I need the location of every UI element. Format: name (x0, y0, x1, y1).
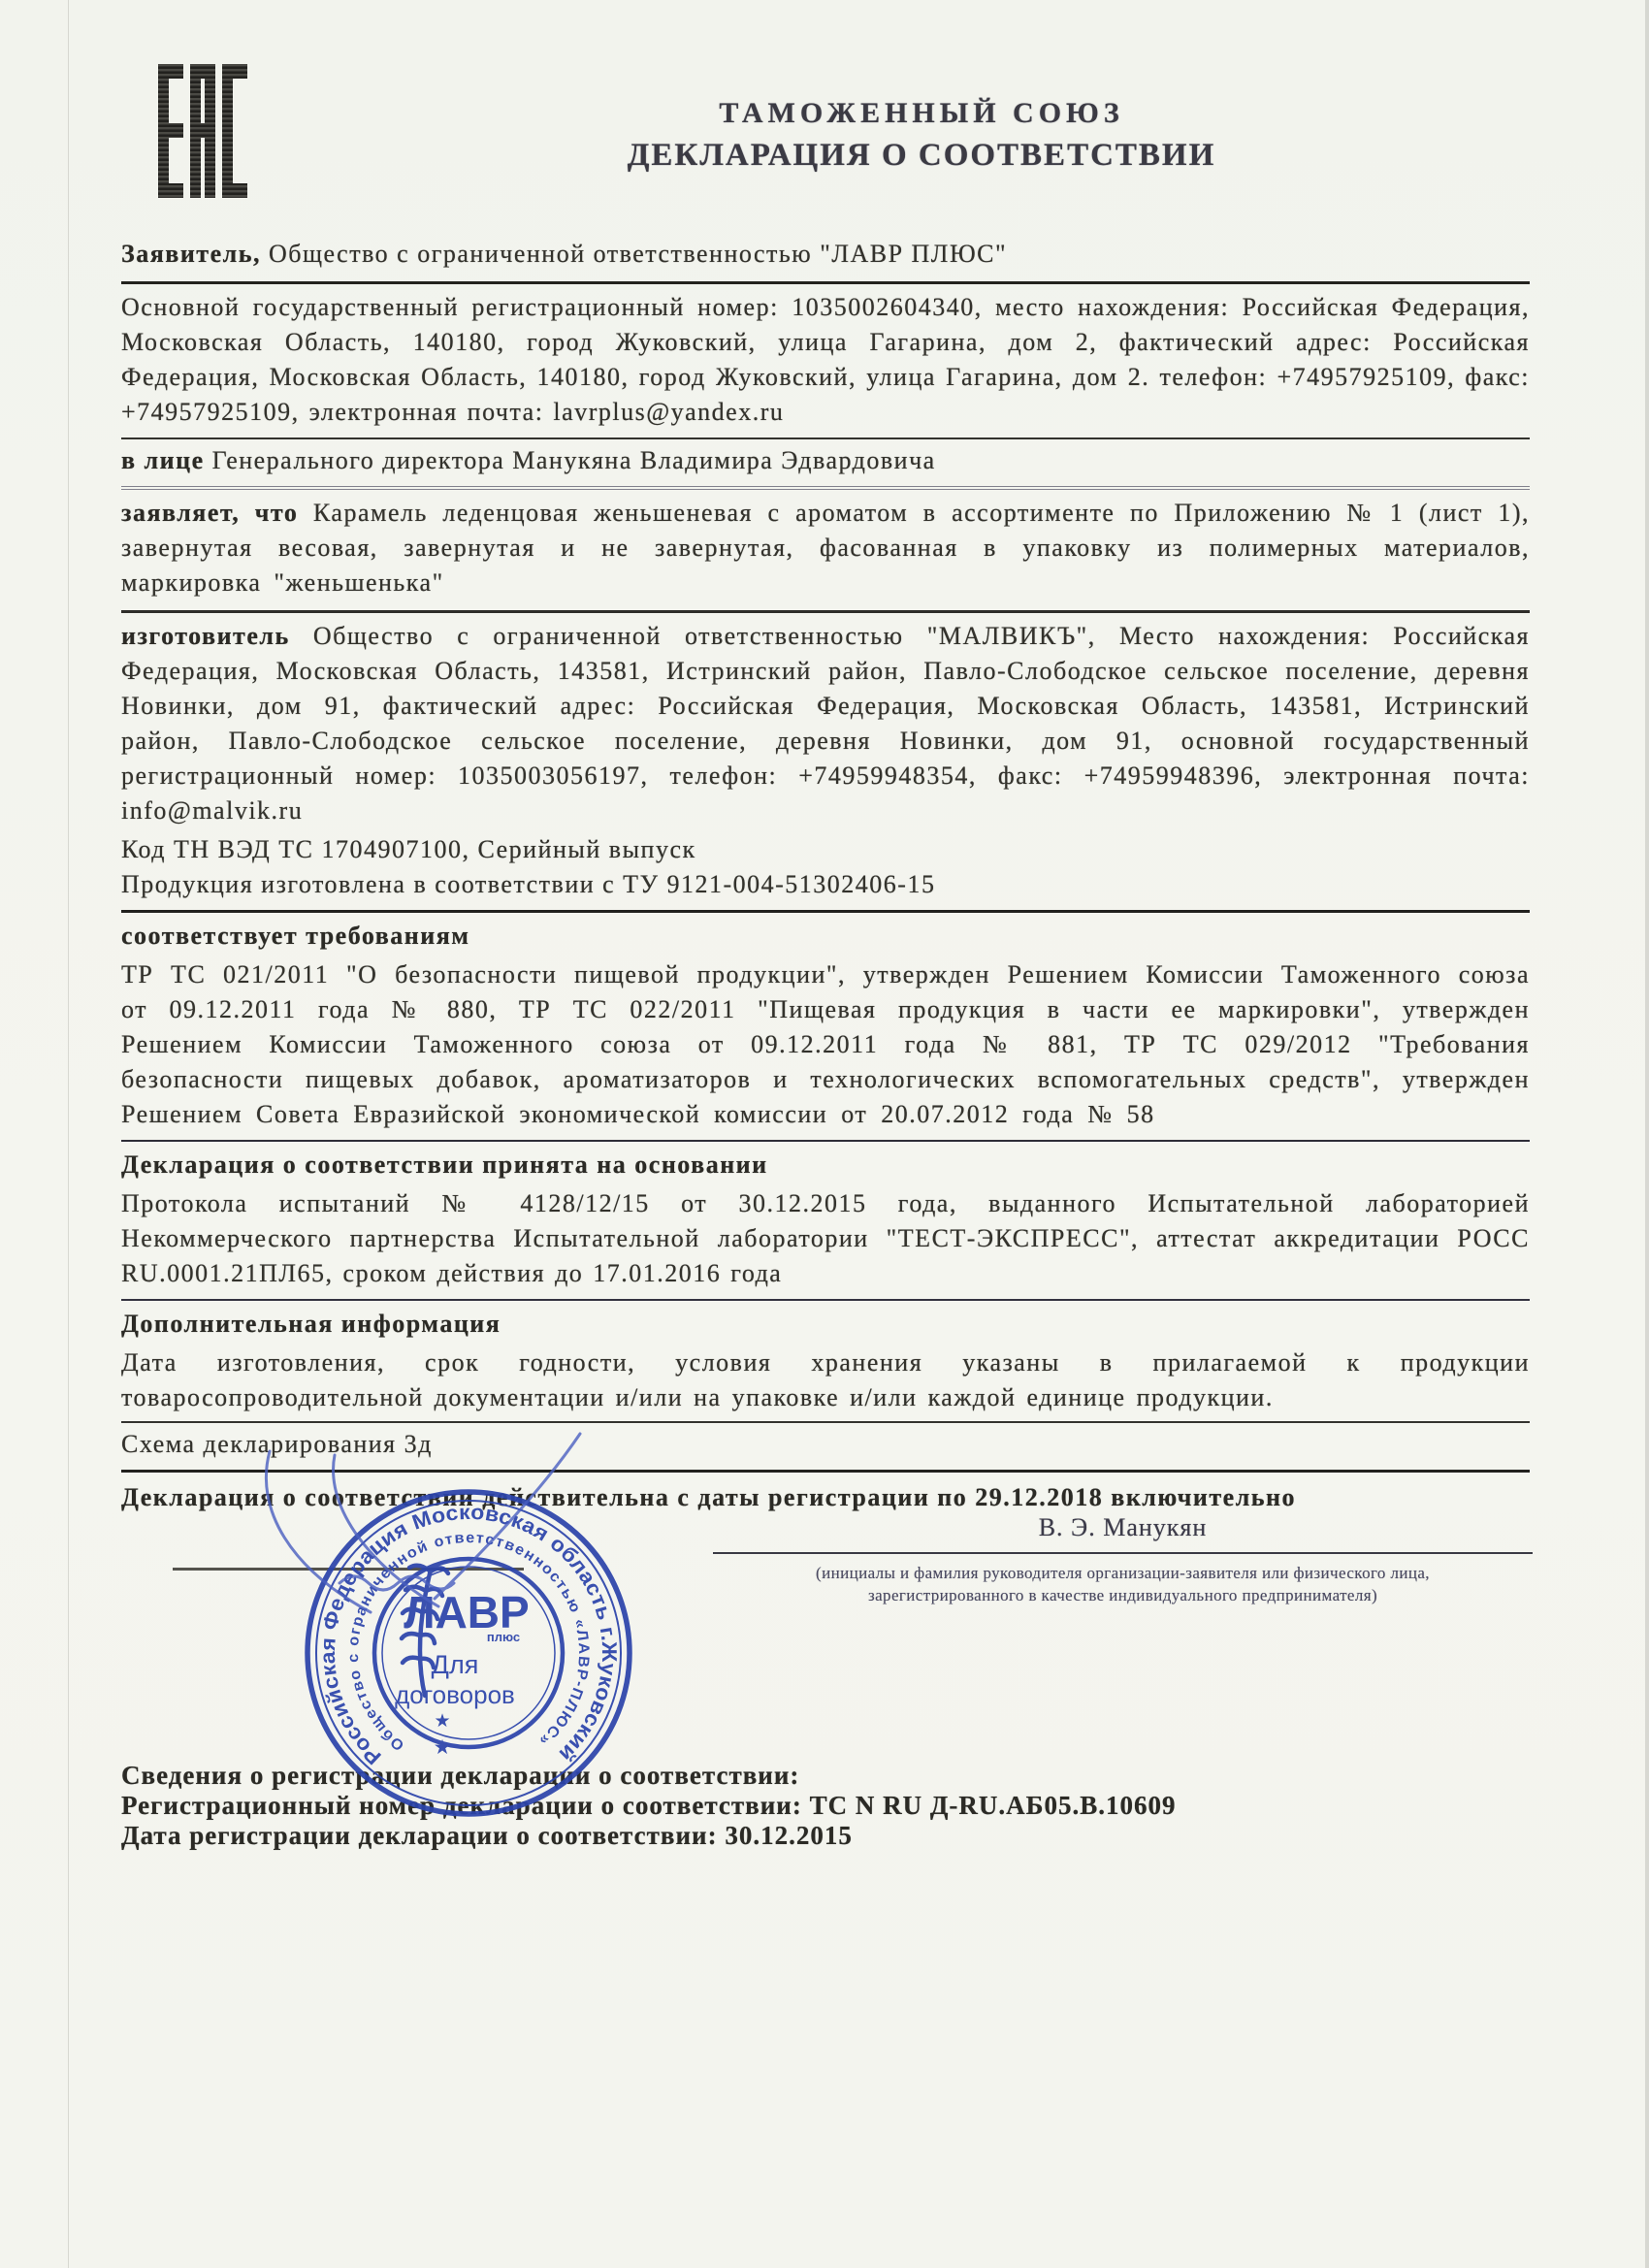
applicant-details: Основной государственный регистрационный… (121, 284, 1530, 439)
product-description: Карамель леденцовая женьшеневая с аромат… (121, 499, 1530, 597)
applicant-name: Общество с ограниченной ответственностью… (269, 240, 1007, 268)
tn-ved-line: Код ТН ВЭД ТС 1704907100, Серийный выпус… (121, 830, 1530, 867)
manufacturer-paragraph: изготовитель Общество с ограниченной отв… (121, 613, 1530, 830)
stamp-purpose-line2: договоров (395, 1680, 515, 1709)
registration-date-line: Дата регистрации декларации о соответств… (121, 1821, 1530, 1851)
applicant-label: Заявитель, (121, 240, 261, 268)
product-declaration: заявляет, что Карамель леденцовая женьше… (121, 490, 1530, 613)
stamp-star-icon: ★ (434, 1736, 452, 1759)
basis-body: Протокола испытаний № 4128/12/15 от 30.1… (121, 1183, 1530, 1301)
applicant-line: Заявитель, Общество с ограниченной ответ… (121, 229, 1530, 284)
representative-line: в лице Генерального директора Манукяна В… (121, 439, 1530, 490)
stamp-purpose-line1: Для (432, 1650, 479, 1679)
declaration-scheme-line: Схема декларирования 3д (121, 1423, 1530, 1473)
document-body: Заявитель, Общество с ограниченной ответ… (121, 229, 1530, 1515)
registration-date-value: 30.12.2015 (725, 1821, 853, 1850)
registration-date-label: Дата регистрации декларации о соответств… (121, 1821, 718, 1850)
scan-artifact-line (68, 0, 69, 2268)
signature-line-right (713, 1552, 1533, 1554)
produced-according-line: Продукция изготовлена в соответствии с Т… (121, 867, 1530, 913)
manufacturer-details: Общество с ограниченной ответственностью… (121, 622, 1530, 825)
additional-info-body: Дата изготовления, срок годности, услови… (121, 1342, 1530, 1423)
in-person-label: в лице (121, 446, 205, 474)
signature-caption-line1: (инициалы и фамилия руководителя организ… (713, 1562, 1533, 1584)
basis-heading: Декларация о соответствии принята на осн… (121, 1142, 1530, 1183)
compliance-body: ТР ТС 021/2011 "О безопасности пищевой п… (121, 954, 1530, 1142)
registration-number-value: ТС N RU Д-RU.АБ05.В.10609 (810, 1791, 1177, 1820)
compliance-heading: соответствует требованиям (121, 913, 1530, 954)
title-customs-union: ТАМОЖЕННЫЙ СОЮЗ (407, 97, 1436, 130)
signatory-name: В. Э. Манукян (713, 1513, 1533, 1542)
signature-caption-line2: зарегистрированного в качестве индивидуа… (713, 1584, 1533, 1606)
scan-edge-shade (1645, 0, 1649, 2268)
declaration-document: ТАМОЖЕННЫЙ СОЮЗ ДЕКЛАРАЦИЯ О СООТВЕТСТВИ… (0, 0, 1649, 2268)
eac-mark-icon (158, 64, 247, 198)
manufacturer-label: изготовитель (121, 622, 290, 650)
stamp-star-icon: ★ (434, 1711, 450, 1732)
title-declaration: ДЕКЛАРАЦИЯ О СООТВЕТСТВИИ (407, 138, 1436, 174)
company-stamp: Российская Федерация Московская область … (298, 1482, 639, 1824)
representative-name: Генерального директора Манукяна Владимир… (212, 446, 936, 474)
document-header: ТАМОЖЕННЫЙ СОЮЗ ДЕКЛАРАЦИЯ О СООТВЕТСТВИ… (407, 97, 1436, 174)
declares-label: заявляет, что (121, 499, 298, 527)
stamp-brand-sub: плюс (487, 1630, 520, 1644)
additional-info-heading: Дополнительная информация (121, 1301, 1530, 1342)
signature-block: В. Э. Манукян (инициалы и фамилия руково… (713, 1513, 1533, 1606)
